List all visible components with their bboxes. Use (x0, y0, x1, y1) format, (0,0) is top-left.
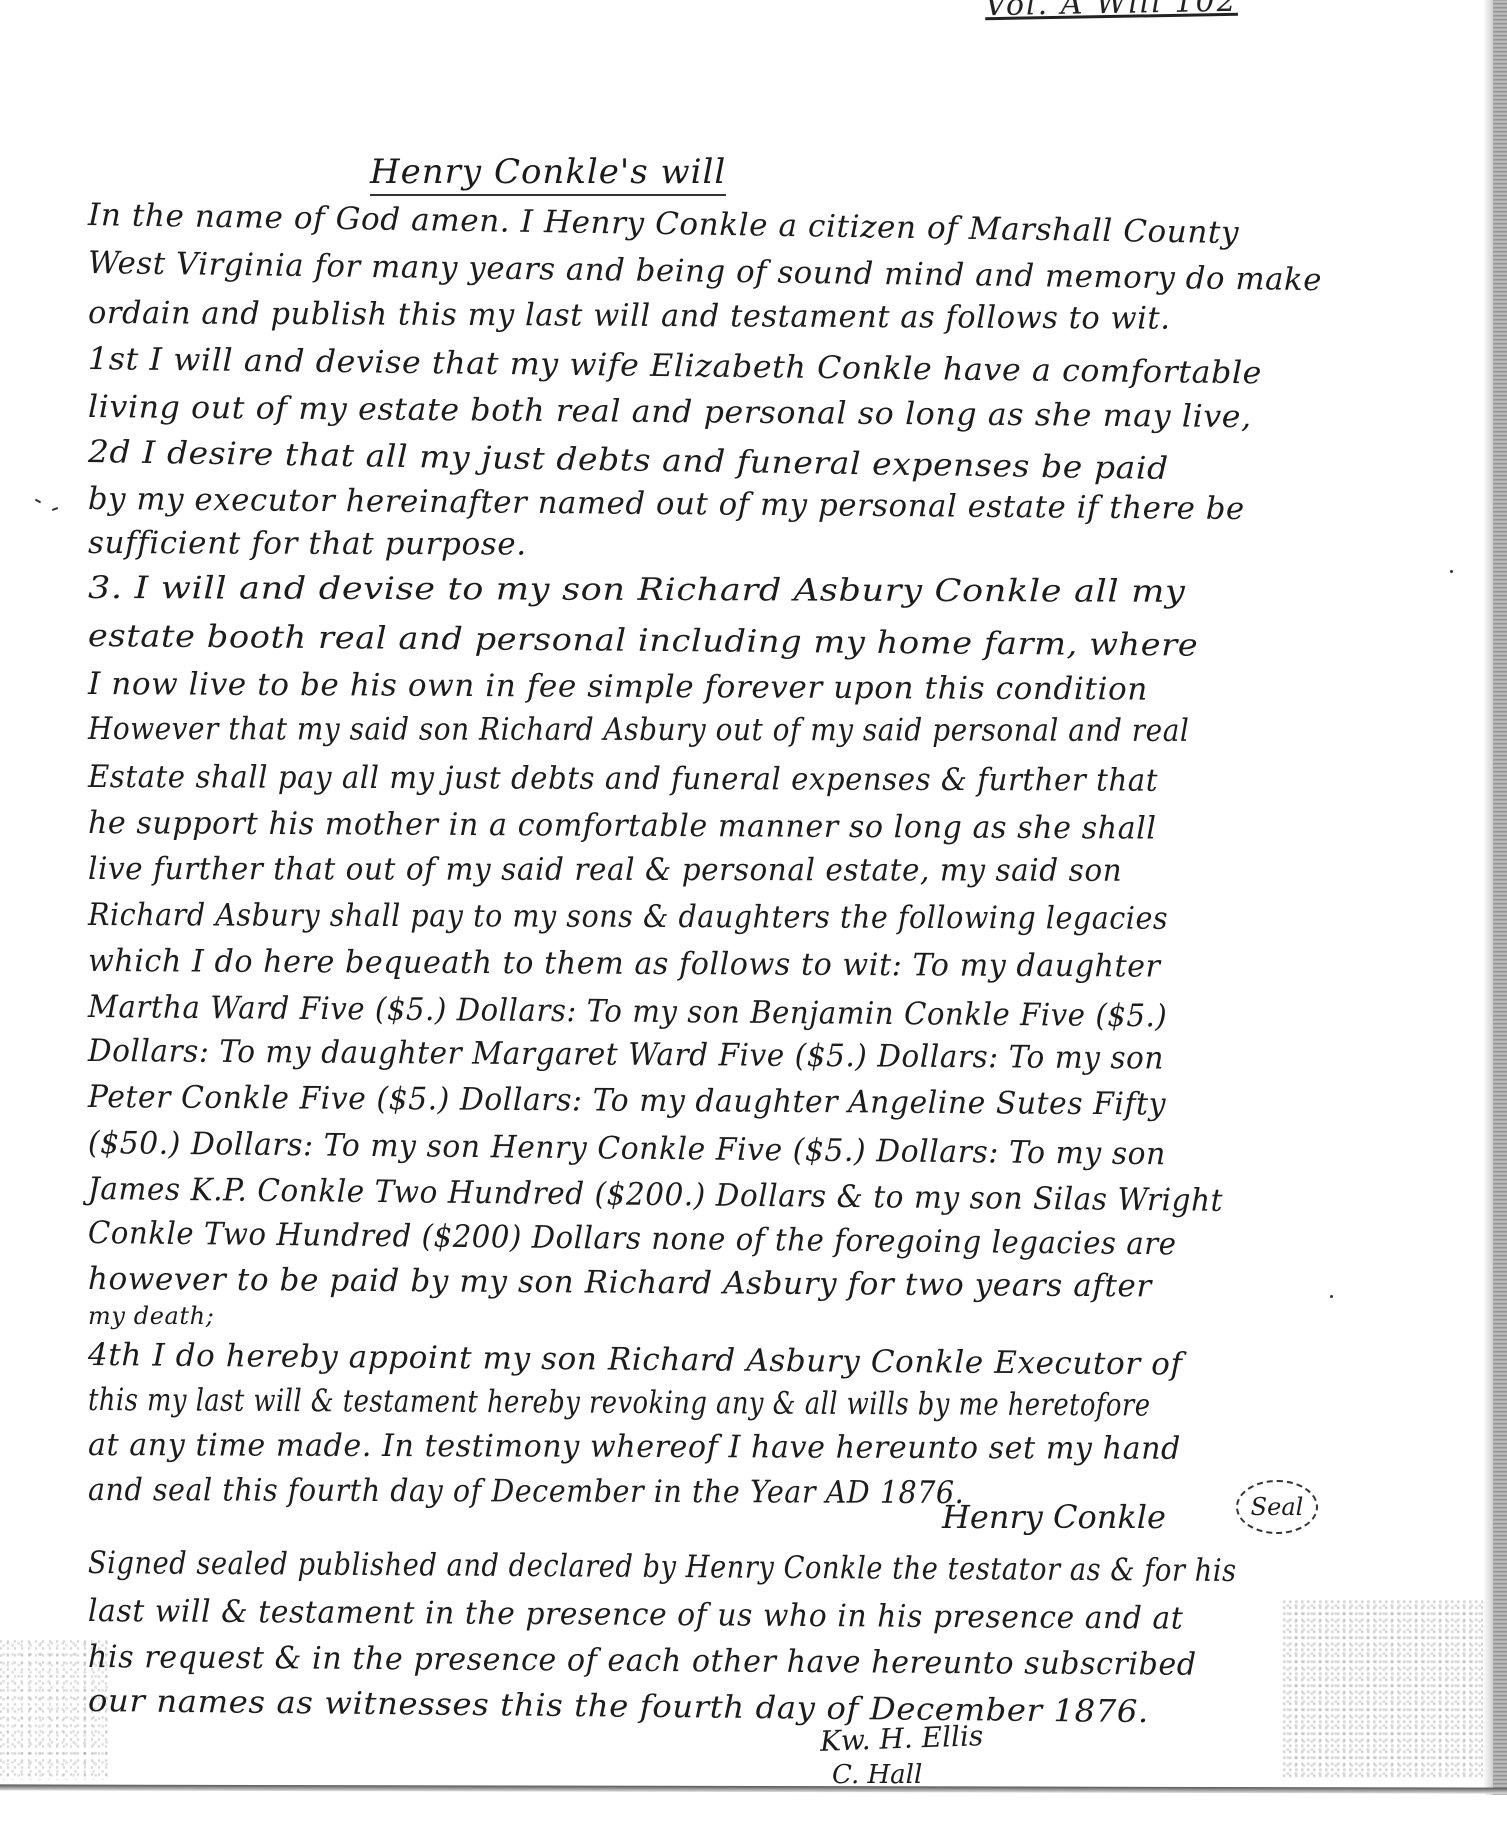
will-line: this my last will & testament hereby rev… (88, 1385, 1151, 1422)
will-line: Richard Asbury shall pay to my sons & da… (88, 900, 1168, 935)
page-bottom-edge (0, 1784, 1507, 1793)
scanner-edge-gradient (1483, 0, 1493, 1795)
will-line: I now live to be his own in fee simple f… (88, 669, 1148, 706)
will-line: sufficient for that purpose. (88, 528, 527, 561)
will-line: my death; (88, 1304, 214, 1328)
seal-mark: Seal (1236, 1480, 1318, 1534)
scan-speckle-noise (1283, 1600, 1483, 1780)
will-line: Martha Ward Five ($5.) Dollars: To my so… (88, 992, 1168, 1032)
attestation-line: our names as witnesses this the fourth d… (88, 1686, 1149, 1728)
will-line: 4th I do hereby appoint my son Richard A… (88, 1340, 1183, 1381)
will-line: 2d I desire that all my just debts and f… (88, 437, 1169, 485)
will-line: living out of my estate both real and pe… (88, 392, 1252, 433)
stray-ink-mark (1450, 570, 1453, 573)
will-line: however to be paid by my son Richard Asb… (88, 1264, 1152, 1302)
will-line: ($50.) Dollars: To my son Henry Conkle F… (88, 1128, 1166, 1170)
will-line: at any time made. In testimony whereof I… (88, 1430, 1181, 1465)
will-line: Dollars: To my daughter Margaret Ward Fi… (88, 1036, 1164, 1075)
stray-ink-mark (52, 507, 58, 511)
will-line: he support his mother in a comfortable m… (88, 808, 1157, 845)
will-line: which I do here bequeath to them as foll… (88, 946, 1161, 983)
scanner-edge-shadow (1493, 0, 1507, 1795)
document-title: Henry Conkle's will (370, 152, 726, 196)
attestation-line: Signed sealed published and declared by … (88, 1548, 1237, 1587)
will-line: 1st I will and devise that my wife Eliza… (88, 344, 1262, 389)
will-line: by my executor hereinafter named out of … (88, 484, 1245, 525)
record-book-reference: Vol. A Will 102 (985, 0, 1238, 23)
will-line: In the name of God amen. I Henry Conkle … (88, 200, 1240, 249)
testator-signature: Henry Conkle (942, 1498, 1166, 1536)
stray-ink-mark (1330, 1295, 1333, 1298)
will-line: estate booth real and personal including… (88, 621, 1199, 662)
will-line: 3. I will and devise to my son Richard A… (88, 573, 1186, 608)
attestation-line: last will & testament in the presence of… (88, 1596, 1184, 1635)
will-line: live further that out of my said real & … (88, 854, 1122, 887)
will-line: However that my said son Richard Asbury … (88, 714, 1189, 747)
seal-label: Seal (1251, 1493, 1304, 1521)
witness-signature: C. Hall (832, 1760, 922, 1790)
will-line: West Virginia for many years and being o… (88, 248, 1322, 296)
will-line: James K.P. Conkle Two Hundred ($200.) Do… (88, 1174, 1223, 1217)
will-line: Estate shall pay all my just debts and f… (88, 762, 1158, 797)
will-line: ordain and publish this my last will and… (88, 298, 1171, 335)
will-line: and seal this fourth day of December in … (88, 1475, 964, 1509)
attestation-line: his request & in the presence of each ot… (88, 1642, 1197, 1681)
witness-signature: Kw. H. Ellis (819, 1719, 983, 1758)
scanned-document-page: Vol. A Will 102 Henry Conkle's will In t… (0, 0, 1507, 1832)
stray-ink-mark (35, 499, 41, 504)
will-line: Peter Conkle Five ($5.) Dollars: To my d… (88, 1082, 1166, 1121)
will-line: Conkle Two Hundred ($200) Dollars none o… (88, 1218, 1177, 1260)
